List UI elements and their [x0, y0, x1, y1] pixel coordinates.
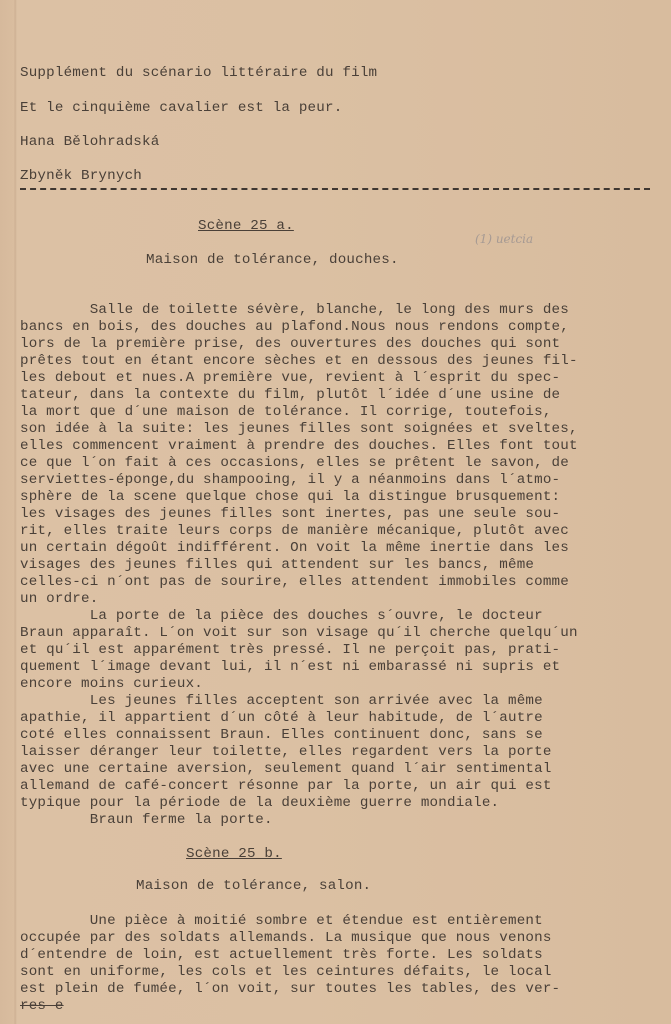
author-name: Hana Bělohradská — [20, 134, 159, 151]
text-line: visages des jeunes filles qui attendent … — [20, 557, 534, 574]
text-line: Braun ferme la porte. — [20, 812, 273, 829]
text-line: et qu´il est apparément très pressé. Il … — [20, 642, 560, 659]
text-line: son idée à la suite: les jeunes filles s… — [20, 421, 578, 438]
text-line: encore moins curieux. — [20, 676, 203, 693]
text-line: Braun apparaît. L´on voit sur son visage… — [20, 625, 578, 642]
scene-b-title: Scène 25 b. — [186, 846, 282, 863]
text-line: elles commencent vraiment à prendre des … — [20, 438, 578, 455]
struck-text-line: res e — [20, 998, 64, 1015]
text-line: La porte de la pièce des douches s´ouvre… — [20, 608, 543, 625]
author-name: Zbyněk Brynych — [20, 168, 142, 185]
text-line: lors de la première prise, des ouverture… — [20, 336, 560, 353]
text-line: avec une certaine aversion, seulement qu… — [20, 761, 552, 778]
text-line: sont en uniforme, les cols et les ceintu… — [20, 964, 552, 981]
header-film-title: Et le cinquième cavalier est la peur. — [20, 100, 342, 117]
text-line: quement l´image devant lui, il n´est ni … — [20, 659, 560, 676]
text-line: ce que l´on fait à ces occasions, elles … — [20, 455, 569, 472]
text-line: est plein de fumée, l´on voit, sur toute… — [20, 981, 560, 998]
text-line: allemand de café-concert résonne par la … — [20, 778, 552, 795]
text-line: les debout et nues.A première vue, revie… — [20, 370, 560, 387]
scene-b-location: Maison de tolérance, salon. — [136, 878, 371, 895]
text-line: Une pièce à moitié sombre et étendue est… — [20, 913, 543, 930]
scene-a-title: Scène 25 a. — [198, 218, 294, 235]
text-line: d´entendre de loin, est actuellement trè… — [20, 947, 543, 964]
header-supplement-line: Supplément du scénario littéraire du fil… — [20, 65, 377, 82]
text-line: celles-ci n´ont pas de sourire, elles at… — [20, 574, 569, 591]
text-line: les visages des jeunes filles sont inert… — [20, 506, 560, 523]
text-line: tateur, dans la contexte du film, plutôt… — [20, 387, 560, 404]
text-line: laisser déranger leur toilette, elles re… — [20, 744, 552, 761]
handwritten-margin-note: (1) uetcia — [475, 232, 533, 246]
text-line: rit, elles traite leurs corps de manière… — [20, 523, 569, 540]
text-line: serviettes-éponge,du shampooing, il y a … — [20, 472, 560, 489]
dashed-divider — [20, 188, 650, 190]
text-line: sphère de la scene quelque chose qui la … — [20, 489, 560, 506]
text-line: prêtes tout en étant encore sèches et en… — [20, 353, 578, 370]
scene-a-location: Maison de tolérance, douches. — [146, 252, 399, 269]
text-line: typique pour la période de la deuxième g… — [20, 795, 499, 812]
text-line: Salle de toilette sévère, blanche, le lo… — [20, 302, 569, 319]
text-line: occupée par des soldats allemands. La mu… — [20, 930, 552, 947]
text-line: la mort que d´une maison de tolérance. I… — [20, 404, 552, 421]
text-line: coté elles connaissent Braun. Elles cont… — [20, 727, 543, 744]
text-line: Les jeunes filles acceptent son arrivée … — [20, 693, 543, 710]
typewritten-page: Supplément du scénario littéraire du fil… — [0, 0, 671, 1024]
text-line: bancs en bois, des douches au plafond.No… — [20, 319, 569, 336]
text-line: un certain dégoût indifférent. On voit l… — [20, 540, 569, 557]
text-line: un ordre. — [20, 591, 98, 608]
text-line: apathie, il appartient d´un côté à leur … — [20, 710, 543, 727]
